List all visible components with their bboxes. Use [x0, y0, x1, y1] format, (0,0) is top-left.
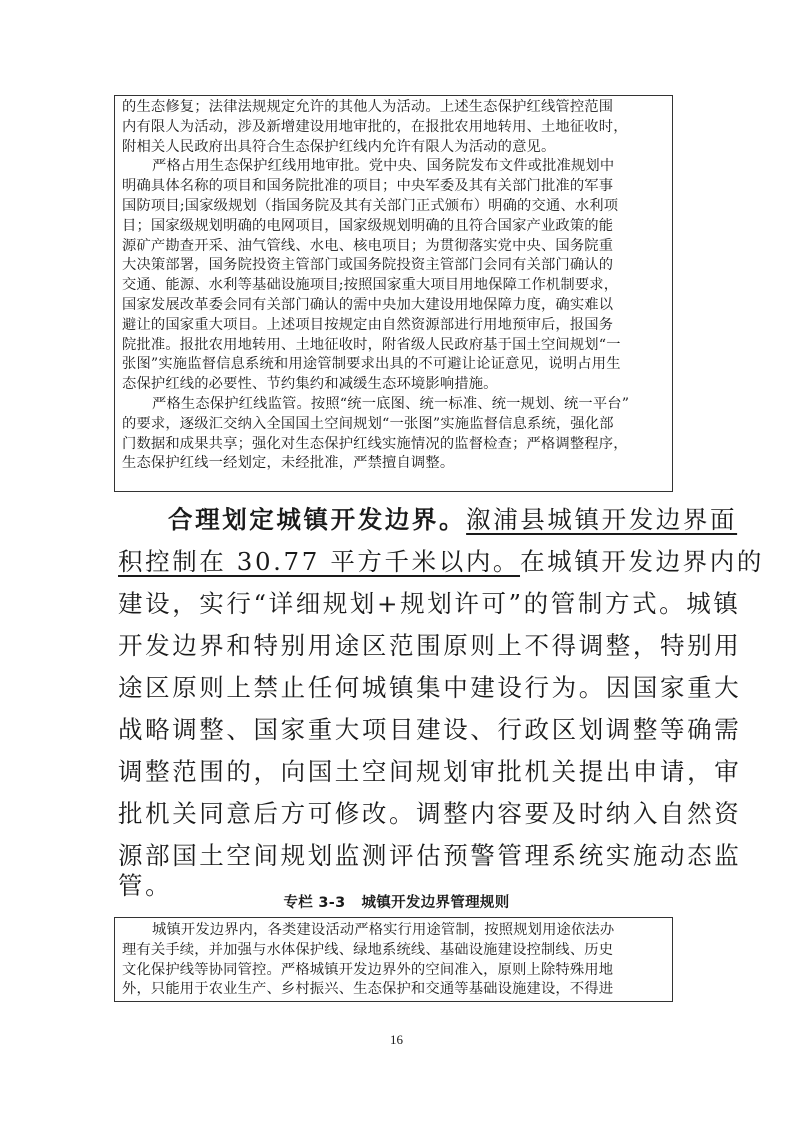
column-caption: 专栏 3-3城镇开发边界管理规则: [0, 891, 793, 912]
box-text-line: 的生态修复；法律法规规定允许的其他人为活动。上述生态保护红线管控范围: [122, 98, 666, 118]
box-text-line: 大决策部署，国务院投资主管部门或国务院投资主管部门会同有关部门确认的: [122, 256, 666, 276]
box-text-line: 文化保护线等协同管控。严格城镇开发边界外的空间准入，原则上除特殊用地: [122, 961, 666, 981]
box-text-line: 国防项目;国家级规划（指国务院及其有关部门正式颁布）明确的交通、水利项: [122, 197, 666, 217]
paragraph-line: 建设，实行“详细规划+规划许可”的管制方式。城镇: [118, 584, 740, 624]
underlined-key-statement: 溆浦县城镇开发边界面: [466, 505, 737, 534]
box-text-line: 张图”实施监督信息系统和用途管制要求出具的不可避让论证意见，说明占用生: [122, 355, 666, 375]
box-text-line: 国家发展改革委会同有关部门确认的需中央加大建设用地保障力度，确实难以: [122, 296, 666, 316]
box-text-line: 目；国家级规划明确的电网项目，国家级规划明确的且符合国家产业政策的能: [122, 217, 666, 237]
paragraph-line: 战略调整、国家重大项目建设、行政区划调整等确需: [118, 710, 741, 750]
section-heading: 合理划定城镇开发边界。: [168, 505, 466, 534]
box-text-line: 生态保护红线一经划定，未经批准，严禁擅自调整。: [122, 454, 666, 474]
paragraph-text: 在城镇开发边界内的: [520, 547, 764, 576]
paragraph-line: 批机关同意后方可修改。调整内容要及时纳入自然资: [118, 794, 741, 834]
box-text-line: 理有关手续，并加强与水体保护线、绿地系统线、基础设施建设控制线、历史: [122, 941, 666, 961]
box-paragraph-start: 严格生态保护红线监管。按照“统一底图、统一标准、统一规划、统一平台”: [122, 395, 666, 415]
paragraph-line: 调整范围的，向国土空间规划审批机关提出申请，审: [118, 752, 741, 792]
box-text-line: 源矿产勘查开采、油气管线、水电、核电项目；为贯彻落实党中央、国务院重: [122, 237, 666, 257]
box-text-line: 院批准。报批农用地转用、土地征收时，附省级人民政府基于国土空间规划“一: [122, 336, 666, 356]
policy-text-box-urban-boundary-rules: 城镇开发边界内，各类建设活动严格实行用途管制，按照规划用途依法办 理有关手续，并…: [114, 917, 673, 1002]
box-paragraph-start: 严格占用生态保护红线用地审批。党中央、国务院发布文件或批准规划中: [122, 157, 666, 177]
box-text-line: 避让的国家重大项目。上述项目按规定由自然资源部进行用地预审后，报国务: [122, 316, 666, 336]
box-paragraph-start: 城镇开发边界内，各类建设活动严格实行用途管制，按照规划用途依法办: [122, 921, 666, 941]
policy-text-box-ecological-redline: 的生态修复；法律法规规定允许的其他人为活动。上述生态保护红线管控范围 内有限人为…: [114, 95, 673, 492]
box-text-line: 附相关人民政府出具符合生态保护红线内允许有限人为活动的意见。: [122, 138, 666, 158]
caption-number: 专栏 3-3: [283, 895, 345, 911]
page-number: 16: [0, 1032, 793, 1048]
box-text-line: 明确具体名称的项目和国务院批准的项目；中央军委及其有关部门批准的军事: [122, 177, 666, 197]
paragraph-line: 源部国土空间规划监测评估预警管理系统实施动态监: [118, 836, 741, 876]
box-text-line: 内有限人为活动，涉及新增建设用地审批的，在报批农用地转用、土地征收时，: [122, 118, 666, 138]
box-text-line: 的要求，逐级汇交纳入全国国土空间规划“一张图”实施监督信息系统，强化部: [122, 415, 666, 435]
paragraph-line: 积控制在 30.77 平方千米以内。在城镇开发边界内的: [118, 542, 764, 582]
paragraph-first-line: 合理划定城镇开发边界。溆浦县城镇开发边界面: [168, 500, 737, 540]
paragraph-line: 开发边界和特别用途区范围原则上不得调整，特别用: [118, 626, 741, 666]
box-text-line: 交通、能源、水利等基础设施项目;按照国家重大项目用地保障工作机制要求，: [122, 276, 666, 296]
box-text-line: 门数据和成果共享；强化对生态保护红线实施情况的监督检查；严格调整程序，: [122, 435, 666, 455]
box-text-line: 态保护红线的必要性、节约集约和减缓生态环境影响措施。: [122, 375, 666, 395]
box-text-line: 外，只能用于农业生产、乡村振兴、生态保护和交通等基础设施建设，不得进: [122, 980, 666, 1000]
paragraph-line: 途区原则上禁止任何城镇集中建设行为。因国家重大: [118, 668, 741, 708]
underlined-key-statement: 积控制在 30.77 平方千米以内。: [118, 547, 520, 576]
caption-title: 城镇开发边界管理规则: [362, 895, 510, 911]
